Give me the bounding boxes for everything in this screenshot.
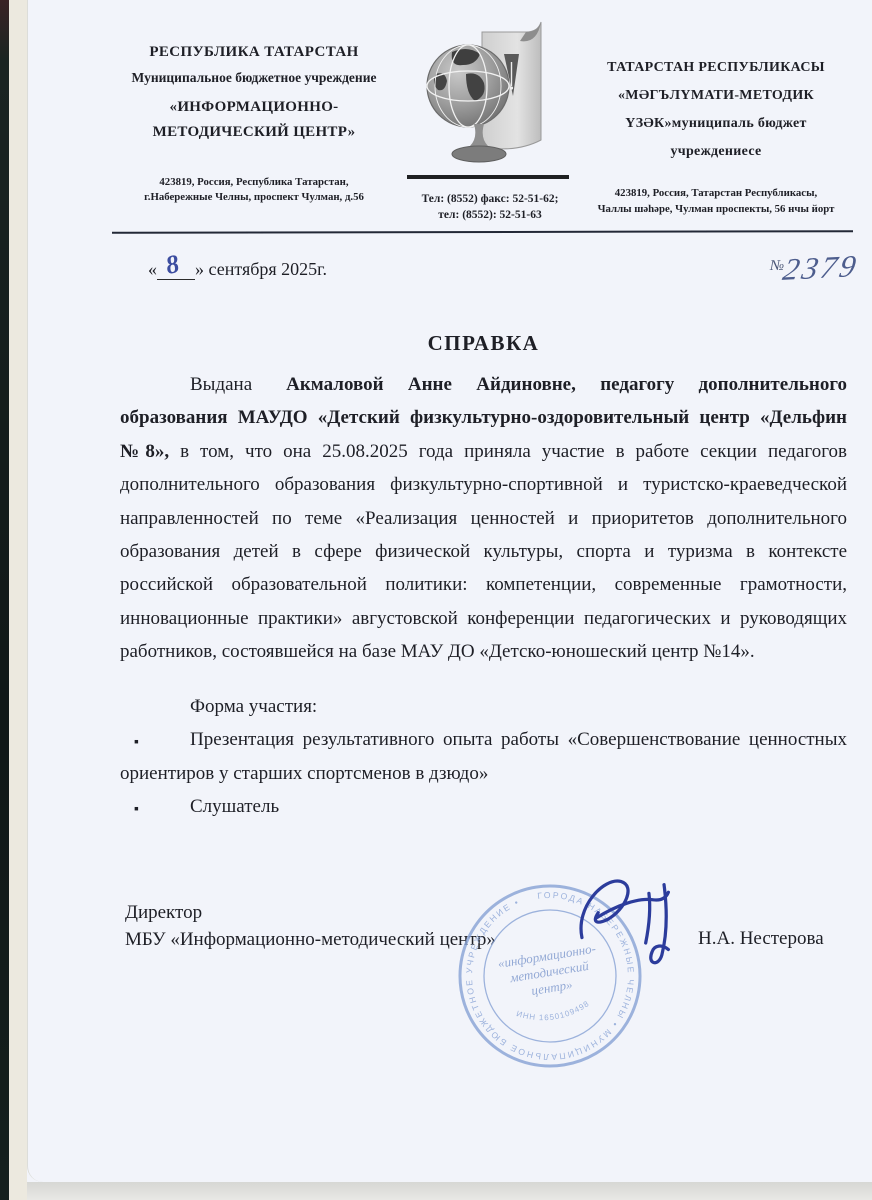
org-line: Муниципальное бюджетное учреждение	[118, 70, 390, 86]
list-item: ▪ Презентация результативного опыта рабо…	[120, 723, 847, 790]
address-line: Чаллы шәһәре, Чулман проспекты, 56 нчы й…	[578, 201, 854, 217]
scan-bottom-edge	[27, 1182, 872, 1200]
org-line: ҮЗӘК»муниципаль бюджет	[584, 110, 848, 138]
scanned-certificate-document: РЕСПУБЛИКА ТАТАРСТАН Муниципальное бюдже…	[0, 0, 872, 1200]
handwritten-number: 2379	[780, 248, 862, 288]
address-line: г.Набережные Челны, проспект Чулман, д.5…	[118, 190, 390, 205]
org-line: «ИНФОРМАЦИОННО-	[118, 95, 390, 120]
participation-section: Форма участия: ▪ Презентация результатив…	[120, 690, 847, 824]
participation-label: Форма участия:	[120, 690, 847, 723]
scan-edge-margin	[9, 0, 27, 1200]
body-main-text: в том, что она 25.08.2025 года приняла у…	[120, 441, 847, 662]
org-line: РЕСПУБЛИКА ТАТАРСТАН	[118, 44, 390, 61]
date-line: «8» сентября 2025г.	[148, 259, 327, 280]
body-lead: Выдана	[190, 374, 252, 395]
document-number: №2379	[770, 250, 858, 286]
quote-close: »	[195, 259, 204, 279]
stamp-inn-text: ИНН 1650109498	[514, 998, 593, 1028]
contact-phones: Тел: (8552) факс: 52-51-62; тел: (8552):…	[400, 191, 580, 223]
document-title: СПРАВКА	[120, 331, 847, 356]
signer-name: Н.А. Нестерова	[698, 928, 824, 950]
org-line: ТАТАРСТАН РЕСПУБЛИКАСЫ	[584, 54, 848, 82]
org-address-tatar: 423819, Россия, Татарстан Республикасы, …	[578, 185, 854, 217]
scan-edge-shadow	[0, 0, 9, 1200]
address-line: 423819, Россия, Республика Татарстан,	[118, 175, 390, 190]
list-item-text: Презентация результативного опыта работы…	[120, 729, 847, 783]
quote-open: «	[148, 259, 157, 279]
square-bullet-icon: ▪	[134, 793, 139, 826]
org-name-russian: РЕСПУБЛИКА ТАТАРСТАН Муниципальное бюдже…	[118, 44, 390, 145]
svg-text:ИНН 1650109498: ИНН 1650109498	[514, 998, 593, 1028]
org-line: «МӘГЪЛҮМАТИ-МЕТОДИК	[584, 82, 848, 110]
org-address-russian: 423819, Россия, Республика Татарстан, г.…	[118, 175, 390, 205]
list-item-text: Слушатель	[190, 796, 279, 817]
signer-position-line: МБУ «Информационно-методический центр»	[125, 926, 496, 953]
number-sign: №	[770, 258, 784, 274]
body-paragraph: ВыданаАкмаловой Анне Айдиновне, педагогу…	[120, 368, 847, 669]
org-line: МЕТОДИЧЕСКИЙ ЦЕНТР»	[118, 120, 390, 145]
square-bullet-icon: ▪	[134, 726, 139, 759]
org-line: учреждениесе	[584, 138, 848, 166]
address-line: 423819, Россия, Татарстан Республикасы,	[578, 185, 854, 201]
list-item: ▪ Слушатель	[120, 790, 847, 823]
phone-line: тел: (8552): 52-51-63	[400, 207, 580, 223]
org-name-tatar: ТАТАРСТАН РЕСПУБЛИКАСЫ «МӘГЪЛҮМАТИ-МЕТОД…	[584, 54, 848, 166]
date-day-blank: 8	[157, 261, 195, 280]
globe-with-pen-logo-icon	[424, 20, 546, 172]
phone-line: Тел: (8552) факс: 52-51-62;	[400, 191, 580, 207]
logo-underline-rule	[407, 175, 569, 179]
handwritten-signature-ink	[562, 862, 684, 970]
date-text: сентября 2025г.	[209, 259, 328, 279]
